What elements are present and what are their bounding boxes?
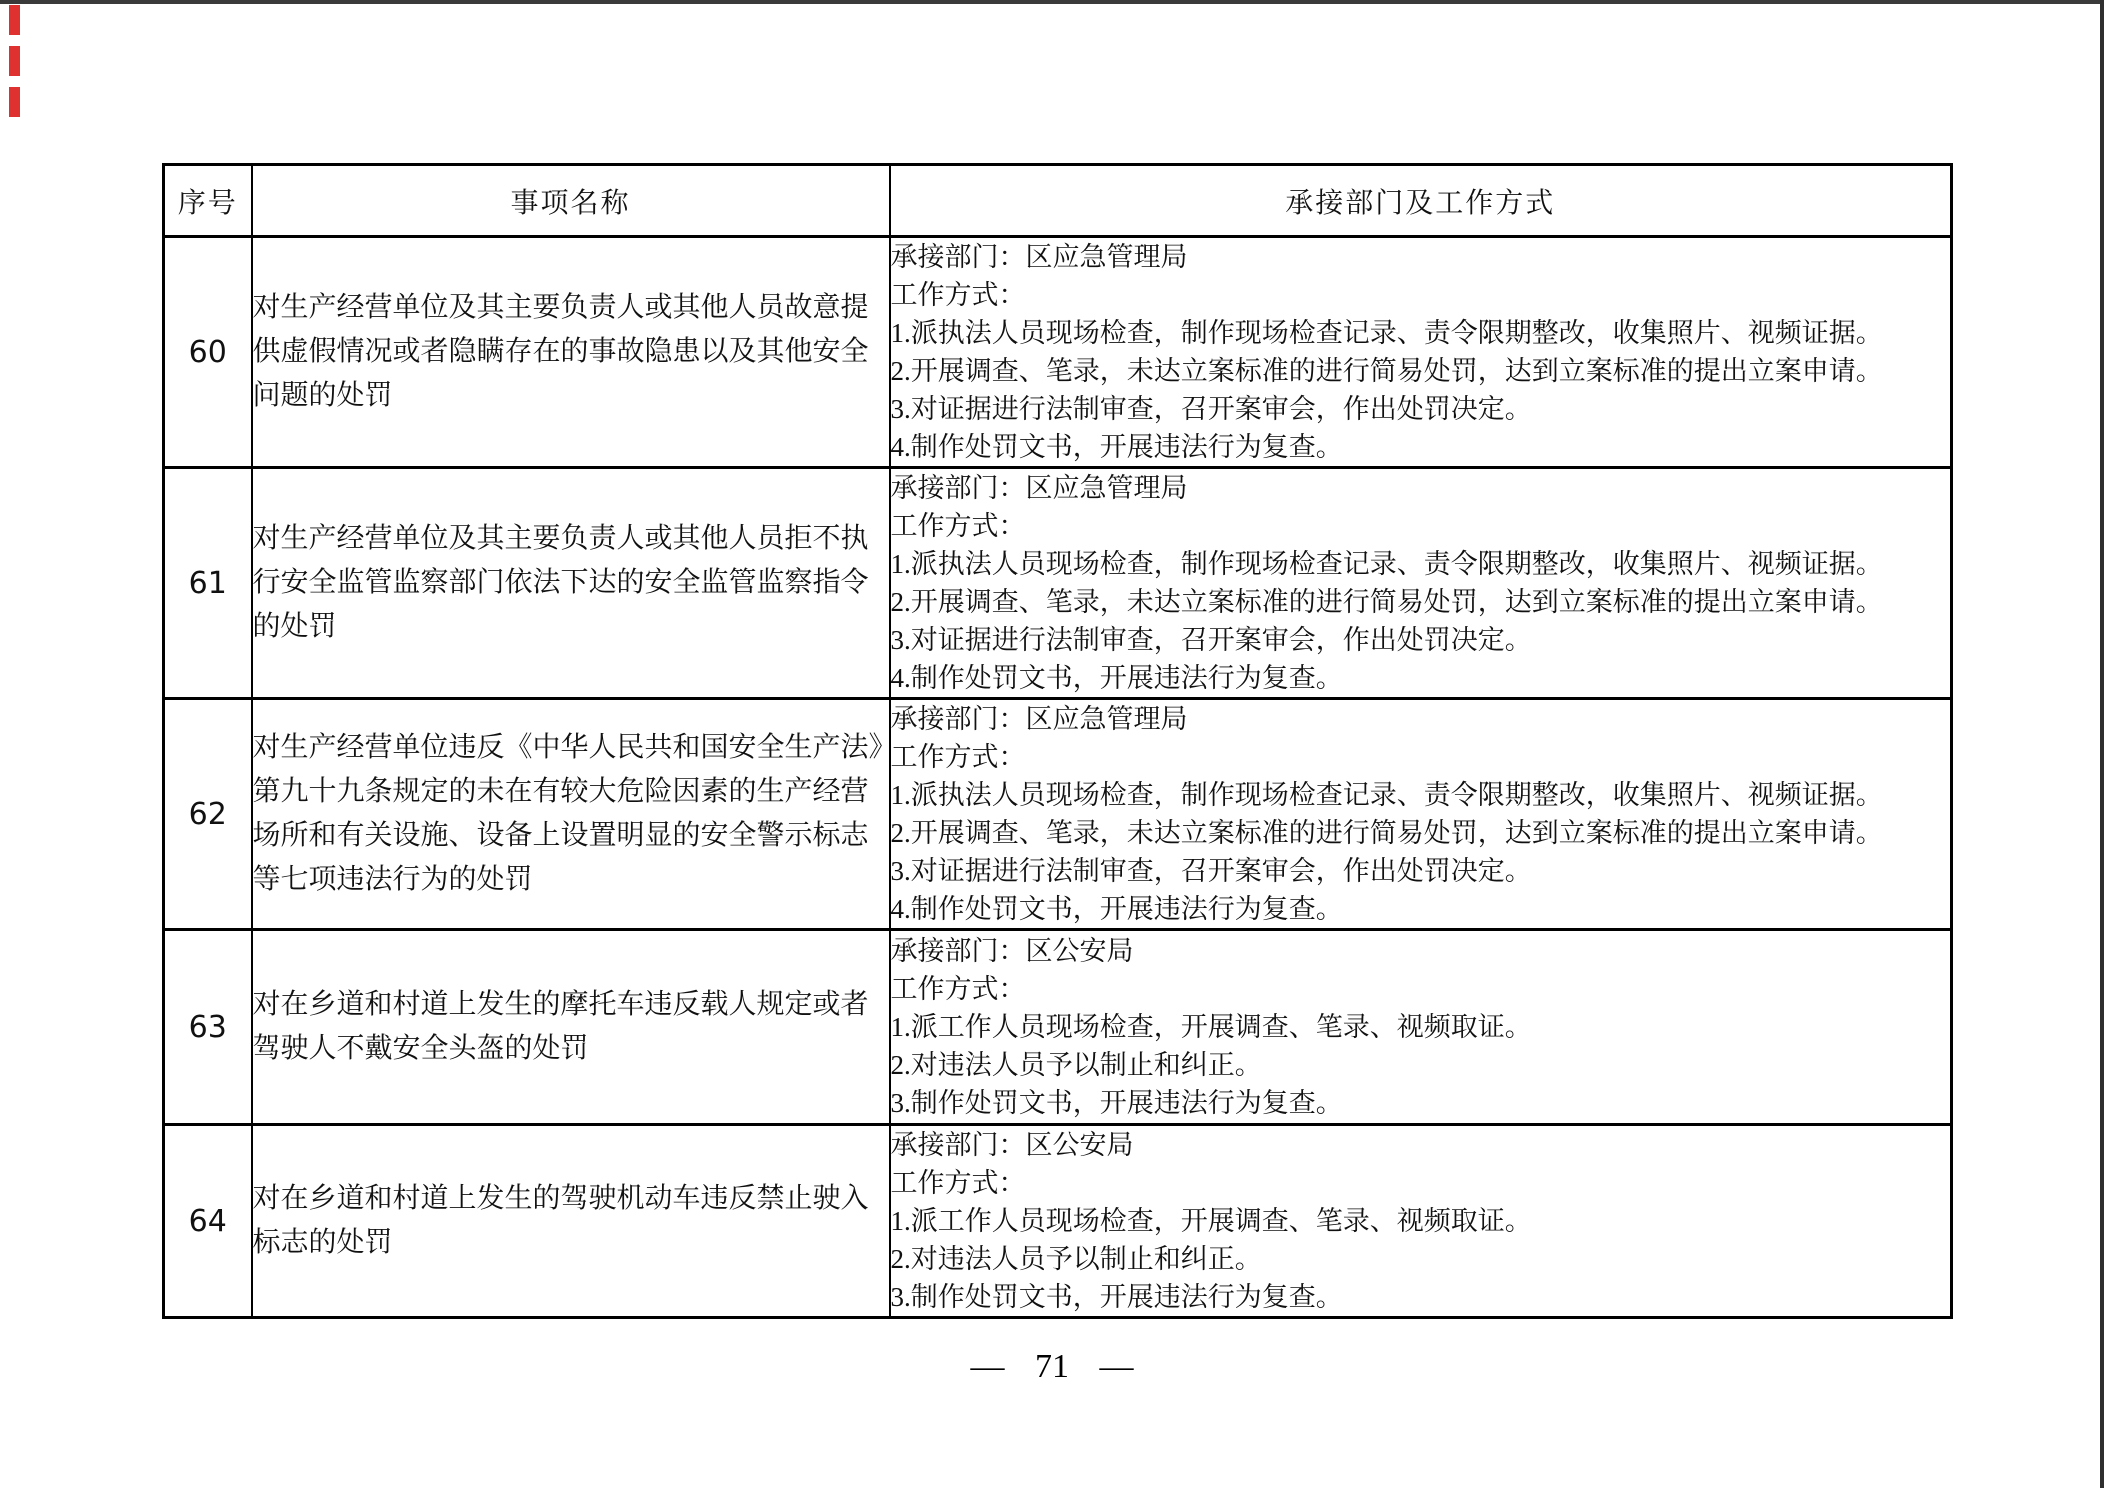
dept-line: 承接部门：区公安局 [891, 1126, 1951, 1164]
col-header-department: 承接部门及工作方式 [890, 165, 1952, 237]
department-cell: 承接部门：区公安局 工作方式： 1.派工作人员现场检查，开展调查、笔录、视频取证… [890, 1125, 1952, 1318]
red-dash-icon [9, 87, 20, 117]
red-dash-icon [9, 5, 20, 35]
department-cell: 承接部门：区公安局 工作方式： 1.派工作人员现场检查，开展调查、笔录、视频取证… [890, 930, 1952, 1125]
dept-line: 4.制作处罚文书，开展违法行为复查。 [891, 659, 1951, 697]
dept-line: 1.派执法人员现场检查，制作现场检查记录、责令限期整改，收集照片、视频证据。 [891, 776, 1951, 814]
dept-line: 2.对违法人员予以制止和纠正。 [891, 1046, 1951, 1084]
dept-line: 3.制作处罚文书，开展违法行为复查。 [891, 1278, 1951, 1316]
dept-line: 承接部门：区应急管理局 [891, 238, 1951, 276]
table-row: 64 对在乡道和村道上发生的驾驶机动车违反禁止驶入标志的处罚 承接部门：区公安局… [164, 1125, 1952, 1318]
department-cell: 承接部门：区应急管理局 工作方式： 1.派执法人员现场检查，制作现场检查记录、责… [890, 699, 1952, 930]
red-dash-marks [9, 5, 20, 128]
col-header-index: 序号 [164, 165, 252, 237]
dept-line: 承接部门：区公安局 [891, 932, 1951, 970]
item-name-cell: 对生产经营单位违反《中华人民共和国安全生产法》第九十九条规定的未在有较大危险因素… [252, 699, 890, 930]
row-number: 62 [164, 699, 252, 930]
item-name-cell: 对在乡道和村道上发生的摩托车违反载人规定或者驾驶人不戴安全头盔的处罚 [252, 930, 890, 1125]
department-cell: 承接部门：区应急管理局 工作方式： 1.派执法人员现场检查，制作现场检查记录、责… [890, 468, 1952, 699]
item-name-cell: 对生产经营单位及其主要负责人或其他人员拒不执行安全监管监察部门依法下达的安全监管… [252, 468, 890, 699]
dept-line: 4.制作处罚文书，开展违法行为复查。 [891, 428, 1951, 466]
table-header-row: 序号 事项名称 承接部门及工作方式 [164, 165, 1952, 237]
right-edge-line [2100, 0, 2104, 1488]
dept-line: 2.开展调查、笔录，未达立案标准的进行简易处罚，达到立案标准的提出立案申请。 [891, 814, 1951, 852]
dept-line: 2.开展调查、笔录，未达立案标准的进行简易处罚，达到立案标准的提出立案申请。 [891, 583, 1951, 621]
penalty-items-table: 序号 事项名称 承接部门及工作方式 60 对生产经营单位及其主要负责人或其他人员… [162, 163, 1953, 1319]
dept-line: 工作方式： [891, 970, 1951, 1008]
dept-line: 工作方式： [891, 738, 1951, 776]
item-name: 对生产经营单位违反《中华人民共和国安全生产法》第九十九条规定的未在有较大危险因素… [253, 726, 889, 902]
dept-line: 3.制作处罚文书，开展违法行为复查。 [891, 1084, 1951, 1122]
dept-line: 2.开展调查、笔录，未达立案标准的进行简易处罚，达到立案标准的提出立案申请。 [891, 352, 1951, 390]
dept-line: 4.制作处罚文书，开展违法行为复查。 [891, 890, 1951, 928]
row-number: 64 [164, 1125, 252, 1318]
top-edge-line [0, 0, 2104, 4]
dept-line: 1.派工作人员现场检查，开展调查、笔录、视频取证。 [891, 1202, 1951, 1240]
item-name-cell: 对生产经营单位及其主要负责人或其他人员故意提供虚假情况或者隐瞒存在的事故隐患以及… [252, 237, 890, 468]
dept-line: 工作方式： [891, 1164, 1951, 1202]
row-number: 61 [164, 468, 252, 699]
item-name: 对在乡道和村道上发生的摩托车违反载人规定或者驾驶人不戴安全头盔的处罚 [253, 983, 889, 1071]
table-row: 62 对生产经营单位违反《中华人民共和国安全生产法》第九十九条规定的未在有较大危… [164, 699, 1952, 930]
row-number: 63 [164, 930, 252, 1125]
dept-line: 1.派执法人员现场检查，制作现场检查记录、责令限期整改，收集照片、视频证据。 [891, 314, 1951, 352]
table-row: 60 对生产经营单位及其主要负责人或其他人员故意提供虚假情况或者隐瞒存在的事故隐… [164, 237, 1952, 468]
item-name: 对生产经营单位及其主要负责人或其他人员故意提供虚假情况或者隐瞒存在的事故隐患以及… [253, 286, 889, 418]
dept-line: 3.对证据进行法制审查，召开案审会，作出处罚决定。 [891, 621, 1951, 659]
dept-line: 承接部门：区应急管理局 [891, 700, 1951, 738]
row-number: 60 [164, 237, 252, 468]
red-dash-icon [9, 46, 20, 76]
dept-line: 2.对违法人员予以制止和纠正。 [891, 1240, 1951, 1278]
dept-line: 工作方式： [891, 276, 1951, 314]
dept-line: 1.派工作人员现场检查，开展调查、笔录、视频取证。 [891, 1008, 1951, 1046]
page-number: — 71 — [0, 1348, 2104, 1386]
item-name-cell: 对在乡道和村道上发生的驾驶机动车违反禁止驶入标志的处罚 [252, 1125, 890, 1318]
item-name: 对生产经营单位及其主要负责人或其他人员拒不执行安全监管监察部门依法下达的安全监管… [253, 517, 889, 649]
dept-line: 3.对证据进行法制审查，召开案审会，作出处罚决定。 [891, 852, 1951, 890]
dept-line: 3.对证据进行法制审查，召开案审会，作出处罚决定。 [891, 390, 1951, 428]
dept-line: 1.派执法人员现场检查，制作现场检查记录、责令限期整改，收集照片、视频证据。 [891, 545, 1951, 583]
item-name: 对在乡道和村道上发生的驾驶机动车违反禁止驶入标志的处罚 [253, 1177, 889, 1265]
dept-line: 承接部门：区应急管理局 [891, 469, 1951, 507]
department-cell: 承接部门：区应急管理局 工作方式： 1.派执法人员现场检查，制作现场检查记录、责… [890, 237, 1952, 468]
col-header-item-name: 事项名称 [252, 165, 890, 237]
dept-line: 工作方式： [891, 507, 1951, 545]
table-row: 63 对在乡道和村道上发生的摩托车违反载人规定或者驾驶人不戴安全头盔的处罚 承接… [164, 930, 1952, 1125]
table-row: 61 对生产经营单位及其主要负责人或其他人员拒不执行安全监管监察部门依法下达的安… [164, 468, 1952, 699]
